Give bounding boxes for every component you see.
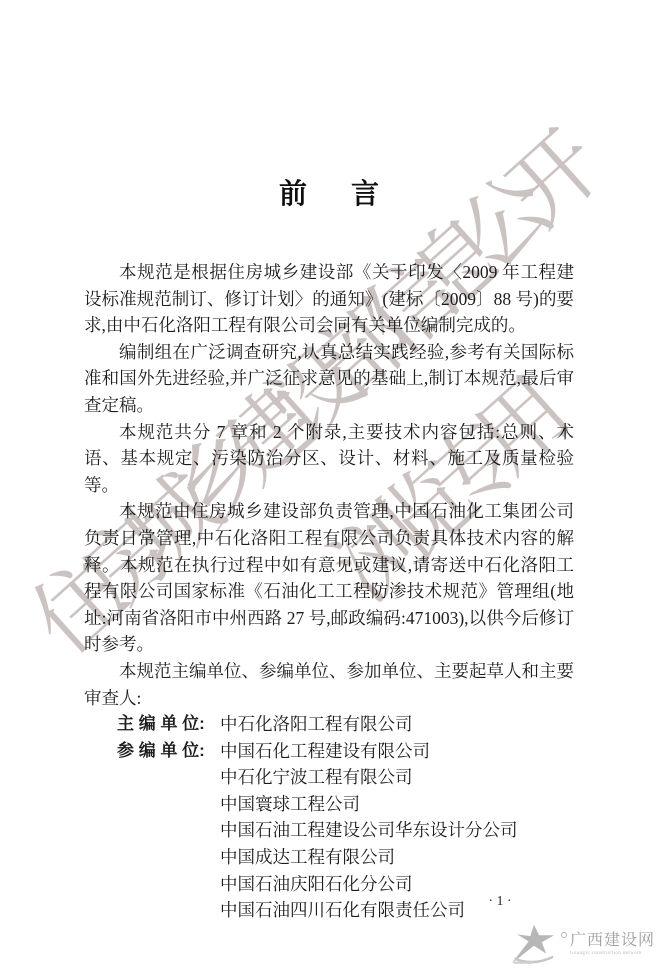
trademark-circle-icon [561, 932, 567, 938]
paragraph-1: 本规范是根据住房城乡建设部《关于印发〈2009 年工程建设标准规范制订、修订计划… [84, 259, 574, 339]
paragraph-2: 编制组在广泛调查研究,认真总结实践经验,参考有关国际标准和国外先进经验,并广泛征… [84, 339, 574, 419]
text-column: 前 言 本规范是根据住房城乡建设部《关于印发〈2009 年工程建设标准规范制订、… [84, 0, 574, 924]
site-logo-text: 广西建设网 Guangxi construction network [570, 931, 655, 957]
page-title: 前 言 [84, 176, 574, 212]
paragraph-3: 本规范共分 7 章和 2 个附录,主要技术内容包括:总则、术语、基本规定、污染防… [84, 419, 574, 499]
site-logo-tagline: Guangxi construction network [570, 950, 655, 957]
chief-editor-row: 主 编 单 位: 中石化洛阳工程有限公司 [84, 711, 574, 738]
site-logo: 广西建设网 Guangxi construction network [506, 922, 655, 966]
co-editor-item: 中国石油工程建设公司华东设计分公司 [220, 817, 574, 844]
chief-editor-label: 主 编 单 位: [117, 711, 220, 738]
co-editor-item: 中国寰球工程公司 [220, 791, 574, 818]
chief-editor-value: 中石化洛阳工程有限公司 [220, 711, 574, 738]
star-logo-icon [506, 922, 560, 966]
document-page: 住房城乡建设部信息公开 浏览专用 前 言 本规范是根据住房城乡建设部《关于印发〈… [0, 0, 658, 972]
co-editor-label: 参 编 单 位: [117, 738, 220, 765]
co-editor-item: 中石化宁波工程有限公司 [220, 764, 574, 791]
site-logo-name: 广西建设网 [570, 931, 655, 950]
paragraph-5: 本规范主编单位、参编单位、参加单位、主要起草人和主要审查人: [84, 658, 574, 711]
co-editor-item: 中国成达工程有限公司 [220, 844, 574, 871]
paragraph-4: 本规范由住房城乡建设部负责管理,中国石油化工集团公司负责日常管理,中石化洛阳工程… [84, 498, 574, 658]
co-editor-item: 中国石化工程建设有限公司 [220, 738, 574, 765]
document-body: 本规范是根据住房城乡建设部《关于印发〈2009 年工程建设标准规范制订、修订计划… [84, 259, 574, 924]
page-number: · 1 · [460, 894, 540, 910]
